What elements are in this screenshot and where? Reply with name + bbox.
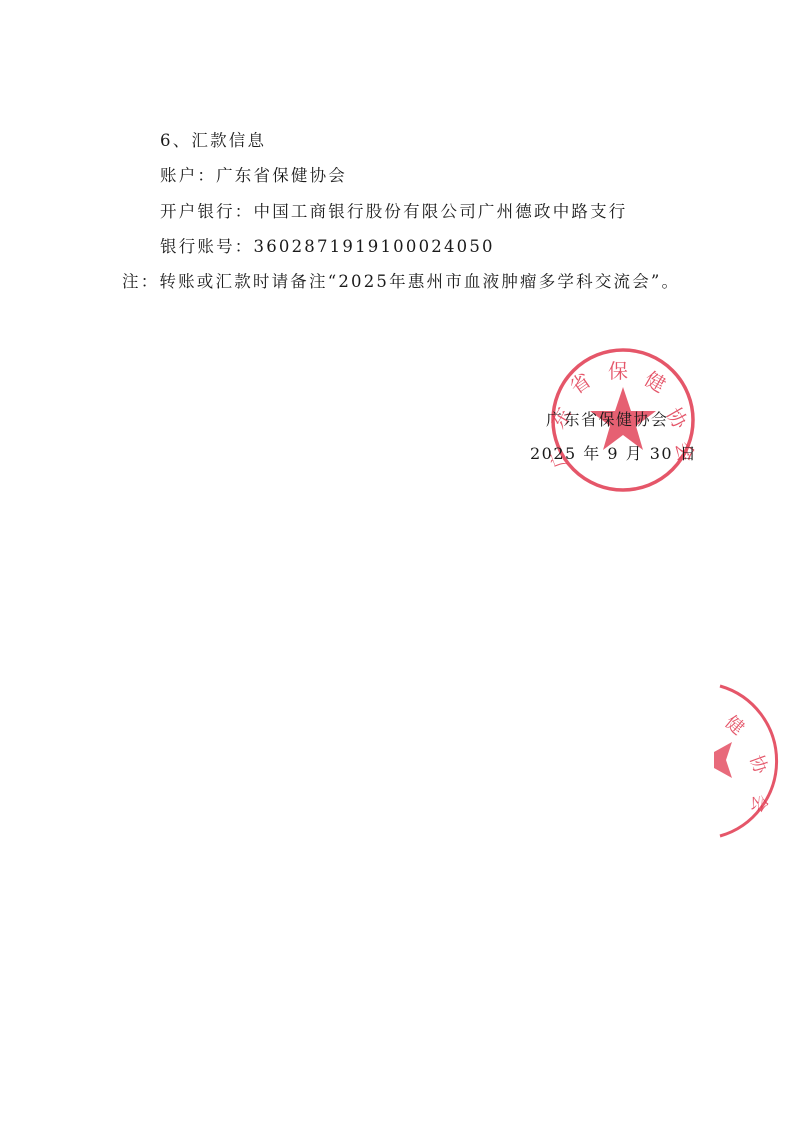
note-line: 注：转账或汇款时请备注“2025年惠州市血液肿瘤多学科交流会”。	[122, 272, 680, 292]
svg-text:会: 会	[747, 794, 769, 814]
signature-date: 2025 年 9 月 30 日	[530, 444, 697, 464]
account-number-line: 银行账号：3602871919100024050	[160, 237, 495, 257]
account-line: 账户：广东省保健协会	[160, 166, 347, 186]
svg-text:协: 协	[745, 753, 771, 778]
partial-seal-icon: 健 协 会	[712, 682, 793, 842]
section-heading: 6、汇款信息	[160, 131, 266, 151]
svg-text:健: 健	[721, 712, 748, 740]
bank-line: 开户银行：中国工商银行股份有限公司广州德政中路支行	[160, 202, 628, 222]
svg-text:健: 健	[641, 367, 670, 398]
svg-text:保: 保	[608, 359, 628, 383]
signature-organization: 广东省保健协会	[546, 410, 669, 430]
